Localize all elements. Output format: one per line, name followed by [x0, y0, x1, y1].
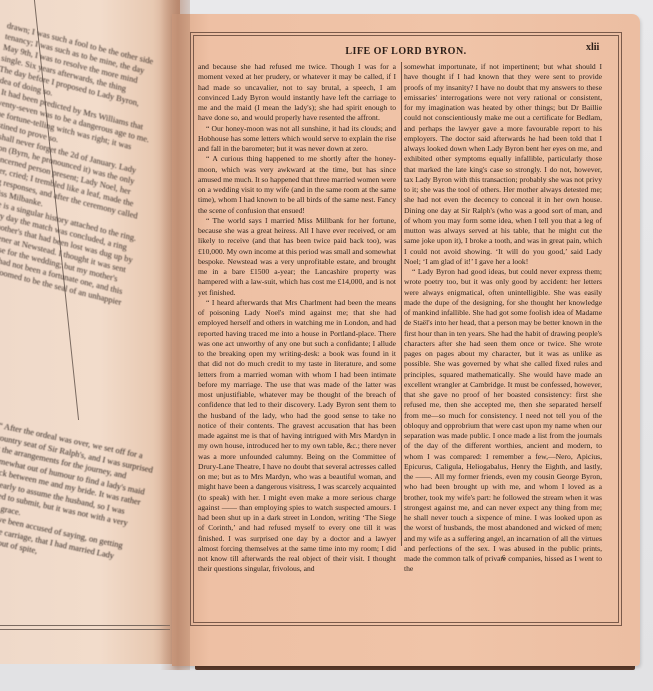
left-page: drawn; I was such a fool to be the other…: [0, 0, 180, 664]
page-number: xlii: [586, 42, 599, 53]
paragraph: “ Lady Byron had good ideas, but could n…: [404, 267, 602, 575]
right-page: LIFE OF LORD BYRON. xlii and because she…: [172, 14, 640, 666]
paragraph: and because she had refused me twice. Th…: [198, 62, 396, 124]
paragraph: “ A curious thing happened to me shortly…: [198, 154, 396, 216]
paragraph: “ Our honey-moon was not all sunshine, i…: [198, 124, 396, 155]
column-divider: [401, 62, 402, 546]
paragraph: “ The world says I married Miss Millbank…: [198, 216, 396, 298]
left-page-upper-text: drawn; I was such a fool to be the other…: [0, 20, 168, 320]
left-page-frame-rule: [0, 625, 170, 626]
gutter-shadow: [160, 0, 190, 670]
running-head: LIFE OF LORD BYRON.: [172, 46, 640, 57]
paragraph: somewhat importunate, if not impertinent…: [404, 62, 602, 267]
left-page-lower-text: “ After the ordeal was over, we set off …: [0, 420, 157, 577]
signature-mark: 6: [502, 554, 506, 562]
paragraph: “ I heard afterwards that Mrs Charlment …: [198, 298, 396, 575]
left-page-frame-rule: [0, 629, 170, 630]
text-column-left: and because she had refused me twice. Th…: [198, 62, 396, 575]
text-column-right: somewhat importunate, if not impertinent…: [404, 62, 602, 575]
